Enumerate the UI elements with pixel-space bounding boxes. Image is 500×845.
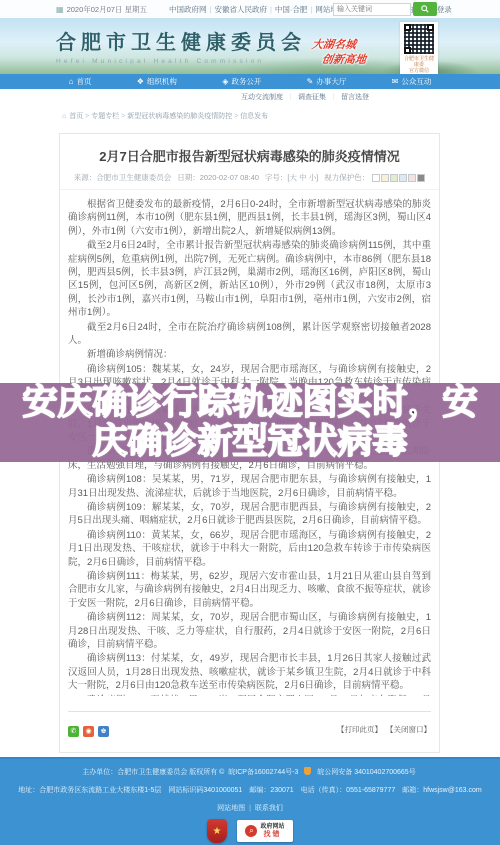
search-box [333,2,437,16]
site-brand: 合肥市卫生健康委员会 Hefei Municipal Health Commis… [56,26,306,65]
error-badge-title: 政府网站 [260,824,284,831]
footer-badges: ★ ⌕ 政府网站 找错 [0,819,500,843]
article-meta: 来源：合肥市卫生健康委员会 日期：2020-02-07 08:40 字号：[大 … [60,172,439,190]
nav-label: 首页 [76,76,91,87]
wechat-share-icon[interactable]: ✆ [68,726,79,737]
eye-protect-swatch[interactable] [399,174,407,182]
qq-share-icon[interactable]: ♚ [98,726,109,737]
slogan-line2: 创新高地 [321,51,367,67]
close-window-button[interactable]: 【关闭窗口】 [386,724,431,735]
footer-host: 主办单位：合肥市卫生健康委员会 版权所有 © [82,769,224,776]
separator: ｜ [330,94,337,101]
footer-link[interactable]: 联系我们 [255,805,283,812]
search-icon [421,5,429,13]
eye-protect-swatch[interactable] [381,174,389,182]
sub-nav: 互动交流制度｜调查征集｜留言选登 [55,92,500,102]
separator: | [247,805,253,812]
topbar-link[interactable]: 中国·合肥 [275,4,308,15]
article-paragraph: 确诊病例111：梅某某，男，62岁，现居六安市霍山县，1月21日从霍山县自驾到合… [68,570,431,610]
nav-label: 政务公开 [231,76,261,87]
article-paragraph: 确诊病例108：吴某某，男，71岁，现居合肥市肥东县，与确诊病例有接触史，1月3… [68,473,431,500]
article-date: 日期：2020-02-07 08:40 [177,172,259,183]
nav-item-service-hall[interactable]: ✎办事大厅 [307,76,347,87]
nav-item-openness[interactable]: ◈政务公开 [222,76,261,87]
breadcrumb-item[interactable]: 专题专栏 [91,113,119,120]
article-paragraph: 根据省卫健委发布的最新疫情，2月6日0-24时，全市新增新型冠状病毒感染的肺炎确… [68,198,431,238]
current-date: 2020年02月07日 星期五 [67,4,147,15]
article-footer-row: ✆◉♚ 【打印此页】 【关闭窗口】 [68,711,431,738]
interaction-icon: ✉ [392,78,399,86]
article-paragraph: 确诊病例109：解某某，女，70岁，现居合肥市肥西县，与确诊病例有接触史，2月5… [68,501,431,528]
eye-protect-swatch[interactable] [408,174,416,182]
footer-line1: 主办单位：合肥市卫生健康委员会 版权所有 © 皖ICP备16002744号-3 … [0,767,500,777]
separator: | [270,5,272,14]
footer-line2: 地址：合肥市政务区东流路工业大楼东楼1-5层 网站标识码3401000051 邮… [0,785,500,795]
article-paragraph: 确诊病例110：黄某某，女，66岁，现居合肥市瑶海区，与确诊病例有接触史，2月1… [68,529,431,569]
search-input[interactable] [333,3,411,16]
site-title: 合肥市卫生健康委员会 [56,26,306,55]
eye-protect-label: 视力保护色： [324,172,369,183]
article-paragraph: 确诊病例114：夏某某，男，52岁，现居合肥市蜀山区，1月24日与亲友聚餐，2月… [68,694,431,696]
overlay-text-line1: 安庆确诊行踪轨迹图实时，安 [22,384,477,423]
breadcrumb-item[interactable]: 新型冠状病毒感染的肺炎疫情防控 [127,113,232,120]
openness-icon: ◈ [222,78,228,86]
qr-caption-line1: 合肥市卫生健康委 [402,56,436,68]
qr-code [404,24,434,54]
subnav-link[interactable]: 留言选登 [341,94,369,101]
breadcrumb-items: 首页 > 专题专栏 > 新型冠状病毒感染的肺炎疫情防控 > 信息发布 [69,111,268,121]
article-source: 来源：合肥市卫生健康委员会 [74,172,172,183]
nav-label: 公众互动 [401,76,431,87]
nav-item-interaction[interactable]: ✉公众互动 [392,76,432,87]
print-page-button[interactable]: 【打印此页】 [337,724,382,735]
article-paragraph: 截至2月6日24时，全市累计报告新型冠状病毒感染的肺炎确诊病例115例，其中重症… [68,239,431,319]
breadcrumb-item[interactable]: 首页 [69,113,83,120]
separator: | [310,5,312,14]
home-icon: ⌂ [69,78,74,86]
gov-emblem-badge[interactable]: ★ [207,819,227,843]
icp-link[interactable]: 皖ICP备16002744号-3 [228,769,298,776]
article-paragraph: 确诊病例112：周某某，女，70岁，现居合肥市蜀山区，与确诊病例有接触史，1月2… [68,611,431,651]
service-hall-icon: ✎ [307,78,314,86]
breadcrumb-separator: > [119,113,127,120]
font-size-controls[interactable]: 字号：[大 中 小] [265,172,318,183]
overlay-banner: 安庆确诊行踪轨迹图实时，安 庆确诊新型冠状病毒 [0,383,500,462]
eye-protect-swatches [371,173,425,182]
topbar-link[interactable]: 登录 [437,4,452,15]
article-paragraph: 确诊病例113：付某某，女，49岁，现居合肥市长丰县，1月26日其家人接触过武汉… [68,652,431,692]
share-icons: ✆◉♚ [68,720,113,738]
security-record-link[interactable]: 皖公网安备 34010402700665号 [317,769,415,776]
top-utility-bar: ▦ 2020年02月07日 星期五 中国政府网|安徽省人民政府|中国·合肥|网站… [0,0,500,19]
qr-caption-line2: 官方微信 [402,68,436,74]
weibo-share-icon[interactable]: ◉ [83,726,94,737]
footer-links: 网站地图 | 联系我们 [0,803,500,813]
calendar-icon: ▦ [56,5,64,14]
eye-protect-swatch[interactable] [372,174,380,182]
qr-caption: 合肥市卫生健康委 官方微信 [402,56,436,74]
breadcrumb-separator: > [232,113,240,120]
site-error-report-badge[interactable]: ⌕ 政府网站 找错 [237,820,293,842]
separator: ｜ [287,94,294,101]
footer-link[interactable]: 网站地图 [217,805,245,812]
page-footer: 主办单位：合肥市卫生健康委员会 版权所有 © 皖ICP备16002744号-3 … [0,757,500,845]
magnifier-icon: ⌕ [245,825,257,837]
subnav-link[interactable]: 互动交流制度 [241,94,283,101]
separator: | [210,5,212,14]
eye-protect-swatch[interactable] [390,174,398,182]
error-badge-action: 找错 [260,831,284,838]
eye-protect-swatch[interactable] [417,174,425,182]
subnav-link[interactable]: 调查征集 [298,94,326,101]
main-nav: ⌂首页❖组织机构◈政务公开✎办事大厅✉公众互动 [0,74,500,89]
overlay-text-line2: 庆确诊新型冠状病毒 [92,423,407,462]
nav-label: 组织机构 [147,76,177,87]
public-security-badge-icon [304,767,311,775]
wechat-qr-card: 合肥市卫生健康委 官方微信 [400,22,438,74]
search-button[interactable] [413,2,437,16]
site-banner: 合肥市卫生健康委员会 Hefei Municipal Health Commis… [0,18,500,74]
breadcrumb-item[interactable]: 信息发布 [240,113,268,120]
site-subtitle: Hefei Municipal Health Commission [56,58,306,65]
slogan-line1: 大湖名城 [311,36,357,52]
article-paragraph: 新增确诊病例情况： [68,348,431,361]
nav-label: 办事大厅 [316,76,346,87]
article-paragraph: 截至2月6日24时，全市在院治疗确诊病例108例，累计医学观察密切接触者2028… [68,321,431,348]
topbar-link[interactable]: 安徽省人民政府 [214,4,267,15]
home-icon: ⌂ [62,113,66,120]
article-title: 2月7日合肥市报告新型冠状病毒感染的肺炎疫情情况 [70,146,429,165]
nav-item-org[interactable]: ❖组织机构 [137,76,177,87]
org-icon: ❖ [137,78,144,86]
breadcrumb: ⌂ 首页 > 专题专栏 > 新型冠状病毒感染的肺炎疫情防控 > 信息发布 [62,111,268,121]
topbar-link[interactable]: 中国政府网 [169,4,207,15]
nav-item-home[interactable]: ⌂首页 [69,76,92,87]
